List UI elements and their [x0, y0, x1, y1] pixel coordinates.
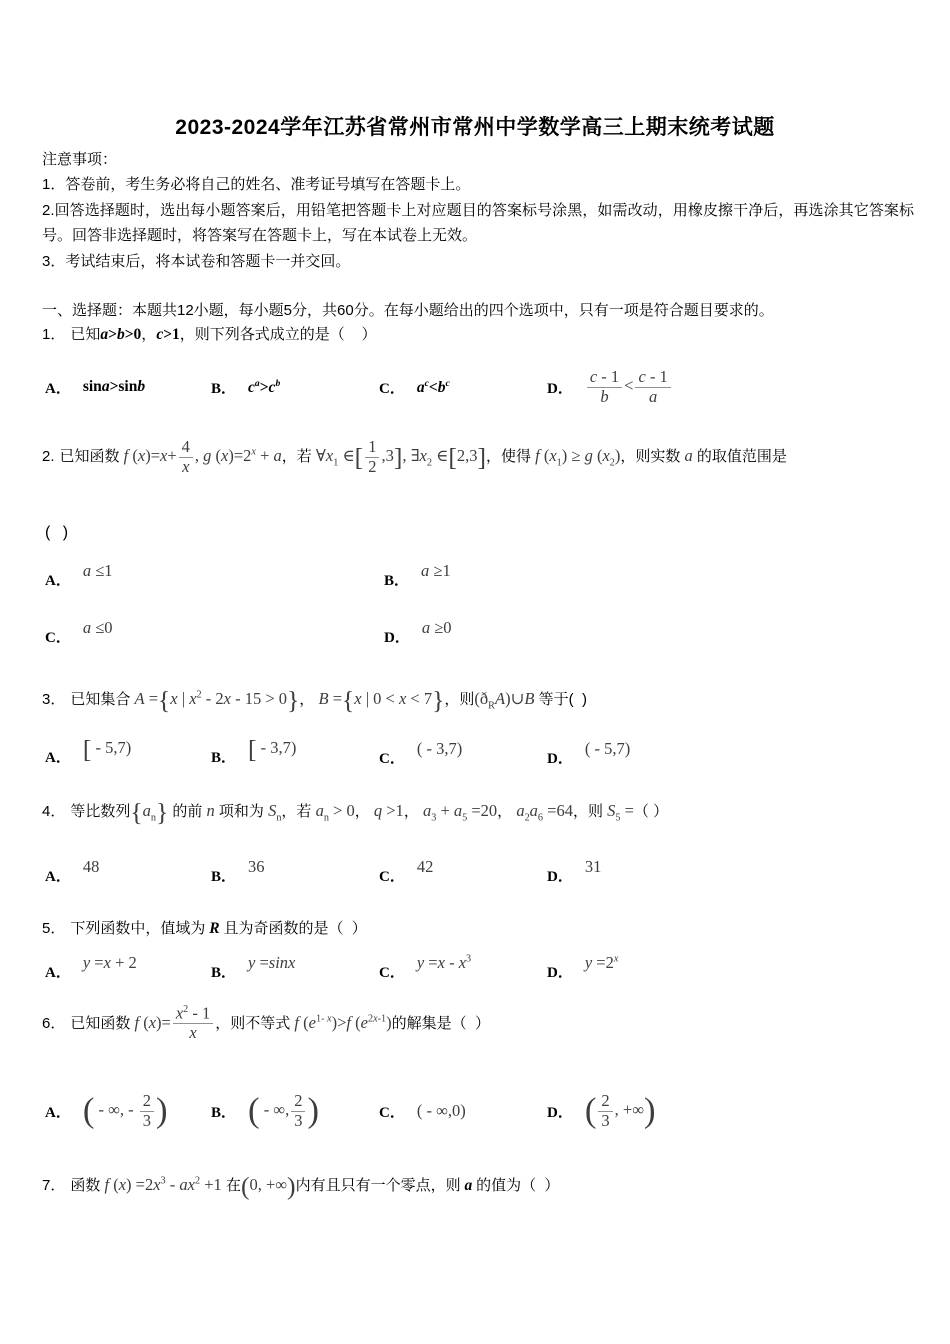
option-a: A．y =x + 2 [45, 961, 211, 982]
option-d: D．c - 1b<c - 1a [547, 368, 673, 407]
question-5-stem: 5．下列函数中，值域为 R 且为奇函数的是（ ） [42, 916, 930, 942]
option-c: C．y =x - x3 [379, 961, 547, 982]
option-label: C． [379, 865, 405, 886]
option-value: ( - 5,7) [585, 739, 630, 759]
option-a: A．sina>sinb [45, 377, 211, 398]
question-number: 4． [42, 803, 65, 820]
section-1-header: 一、选择题：本题共12小题，每小题5分，共60分。在每小题给出的四个选项中，只有… [42, 299, 922, 323]
notes-section: 注意事项： 1．答卷前，考生务必将自己的姓名、准考证号填写在答题卡上。 2.回答… [42, 147, 914, 274]
question-7: 7．函数 f (x) =2x3 - ax2 +1 在(0, +∞)内有且只有一个… [42, 1168, 930, 1199]
question-3-options: A．[ - 5,7) B．[ - 3,7) C．( - 3,7) D．( - 5… [42, 734, 933, 780]
question-stem-text: 已知函数 f (x)=x+4x, g (x)=2x + a，若 ∀x1 ∈[12… [60, 448, 787, 465]
option-value: ( - ∞, - 23) [83, 1092, 168, 1131]
option-c: C．ac<bc [379, 377, 547, 398]
option-label: C． [379, 377, 405, 398]
option-label: D． [547, 1101, 573, 1122]
option-label: D． [547, 747, 573, 768]
question-number: 7． [42, 1177, 65, 1194]
option-value: a ≥0 [422, 618, 452, 638]
option-value: ( - 3,7) [417, 739, 462, 759]
option-value: ( - ∞,23) [248, 1092, 319, 1131]
option-c: C．( - ∞,0) [379, 1101, 547, 1122]
question-4: 4．等比数列{an} 的前 n 项和为 Sn，若 an > 0， q >1， a… [42, 798, 930, 831]
question-1-stem: 1．已知a>b>0，c>1，则下列各式成立的是（ ） [42, 322, 930, 348]
option-label: A． [45, 569, 71, 590]
option-value: c - 1b<c - 1a [585, 368, 673, 407]
option-d: D．31 [547, 865, 601, 886]
question-stem-text: 函数 f (x) =2x3 - ax2 +1 在(0, +∞)内有且只有一个零点… [70, 1177, 559, 1194]
option-c: C．a ≤0 [45, 626, 384, 647]
note-line-1: 1．答卷前，考生务必将自己的姓名、准考证号填写在答题卡上。 [42, 172, 914, 197]
option-label: A． [45, 1101, 71, 1122]
question-stem-text: 等比数列{an} 的前 n 项和为 Sn，若 an > 0， q >1， a3 … [70, 803, 668, 820]
question-2-paren: ( ) [45, 524, 933, 542]
option-value: y =2x [585, 953, 619, 973]
option-d: D．a ≥0 [384, 626, 452, 647]
option-a: A．[ - 5,7) [45, 744, 211, 770]
option-label: A． [45, 746, 71, 767]
question-number: 1． [42, 326, 65, 343]
option-label: B． [211, 961, 236, 982]
option-d: D．( - 5,7) [547, 747, 630, 768]
question-stem-text: 已知集合 A ={x | x2 - 2x - 15 > 0}， B ={x | … [70, 691, 587, 708]
option-label: A． [45, 961, 71, 982]
option-c: C．42 [379, 865, 547, 886]
option-a: A．a ≤1 [45, 569, 384, 590]
option-d: D．(23, +∞) [547, 1092, 656, 1131]
question-6-options: A．( - ∞, - 23) B．( - ∞,23) C．( - ∞,0) D．… [42, 1076, 933, 1146]
option-label: B． [211, 746, 236, 767]
note-line-2: 2.回答选择题时，选出每小题答案后，用铅笔把答题卡上对应题目的答案标号涂黑，如需… [42, 198, 914, 249]
option-label: C． [45, 626, 71, 647]
option-label: D． [547, 865, 573, 886]
option-label: B． [211, 865, 236, 886]
question-number: 3． [42, 691, 65, 708]
question-4-stem: 4．等比数列{an} 的前 n 项和为 Sn，若 an > 0， q >1， a… [42, 798, 930, 831]
question-number: 2. [42, 448, 55, 465]
option-label: B． [384, 569, 409, 590]
question-1-options: A．sina>sinb B．ca>cb C．ac<bc D．c - 1b<c -… [42, 356, 933, 418]
option-value: a ≥1 [421, 561, 451, 581]
question-stem-text: 下列函数中，值域为 R 且为奇函数的是（ ） [70, 920, 366, 937]
question-stem-text: 已知a>b>0，c>1，则下列各式成立的是（ ） [70, 326, 376, 343]
option-b: B．a ≥1 [384, 569, 451, 590]
option-value: 36 [248, 857, 265, 877]
exam-paper-page: 2023-2024学年江苏省常州市常州中学数学高三上期末统考试题 注意事项： 1… [0, 0, 950, 1344]
option-label: A． [45, 377, 71, 398]
option-label: D． [384, 626, 410, 647]
question-stem-text: 已知函数 f (x)=x2 - 1x，则不等式 f (e1- x)>f (e2x… [70, 1015, 490, 1032]
option-b: B．y =sinx [211, 961, 379, 982]
option-b: B．ca>cb [211, 377, 379, 398]
option-label: B． [211, 377, 236, 398]
question-4-options: A．48 B．36 C．42 D．31 [42, 852, 933, 898]
option-value: [ - 3,7) [248, 736, 296, 762]
option-value: a ≤0 [83, 618, 113, 638]
question-number: 6． [42, 1015, 65, 1032]
option-label: A． [45, 865, 71, 886]
option-value: y =x + 2 [83, 953, 137, 973]
option-label: B． [211, 1101, 236, 1122]
option-value: 31 [585, 857, 602, 877]
option-value: 48 [83, 857, 100, 877]
option-a: A．( - ∞, - 23) [45, 1092, 211, 1131]
option-label: C． [379, 747, 405, 768]
question-3-stem: 3．已知集合 A ={x | x2 - 2x - 15 > 0}， B ={x … [42, 682, 930, 719]
question-6-stem: 6．已知函数 f (x)=x2 - 1x，则不等式 f (e1- x)>f (e… [42, 1004, 930, 1043]
option-value: a ≤1 [83, 561, 113, 581]
option-c: C．( - 3,7) [379, 747, 547, 768]
option-b: B．36 [211, 865, 379, 886]
option-a: A．48 [45, 865, 211, 886]
notes-heading: 注意事项： [42, 147, 914, 172]
question-5-options: A．y =x + 2 B．y =sinx C．y =x - x3 D．y =2x [42, 948, 933, 994]
question-5: 5．下列函数中，值域为 R 且为奇函数的是（ ） [42, 916, 930, 942]
option-value: sina>sinb [83, 378, 145, 396]
option-label: D． [547, 377, 573, 398]
question-2-options-row-1: A．a ≤1 B．a ≥1 [42, 556, 933, 602]
question-6: 6．已知函数 f (x)=x2 - 1x，则不等式 f (e1- x)>f (e… [42, 1004, 930, 1043]
option-b: B．[ - 3,7) [211, 744, 379, 770]
question-3: 3．已知集合 A ={x | x2 - 2x - 15 > 0}， B ={x … [42, 682, 930, 719]
question-number: 5． [42, 920, 65, 937]
option-value: 42 [417, 857, 434, 877]
option-value: y =sinx [248, 953, 295, 973]
exam-title: 2023-2024学年江苏省常州市常州中学数学高三上期末统考试题 [0, 111, 950, 141]
option-d: D．y =2x [547, 961, 618, 982]
option-value: [ - 5,7) [83, 736, 131, 762]
option-value: ca>cb [248, 377, 280, 396]
option-value: ( - ∞,0) [417, 1101, 466, 1121]
question-2-stem: 2.已知函数 f (x)=x+4x, g (x)=2x + a，若 ∀x1 ∈[… [42, 438, 930, 477]
option-label: C． [379, 1101, 405, 1122]
question-2: 2.已知函数 f (x)=x+4x, g (x)=2x + a，若 ∀x1 ∈[… [42, 438, 930, 477]
option-label: D． [547, 961, 573, 982]
option-label: C． [379, 961, 405, 982]
option-b: B．( - ∞,23) [211, 1092, 379, 1131]
option-value: ac<bc [417, 377, 450, 396]
option-value: (23, +∞) [585, 1092, 656, 1131]
question-7-stem: 7．函数 f (x) =2x3 - ax2 +1 在(0, +∞)内有且只有一个… [42, 1168, 930, 1199]
question-1: 1．已知a>b>0，c>1，则下列各式成立的是（ ） [42, 322, 930, 348]
option-value: y =x - x3 [417, 953, 471, 973]
note-line-3: 3．考试结束后，将本试卷和答题卡一并交回。 [42, 249, 914, 274]
question-2-options-row-2: C．a ≤0 D．a ≥0 [42, 613, 933, 659]
